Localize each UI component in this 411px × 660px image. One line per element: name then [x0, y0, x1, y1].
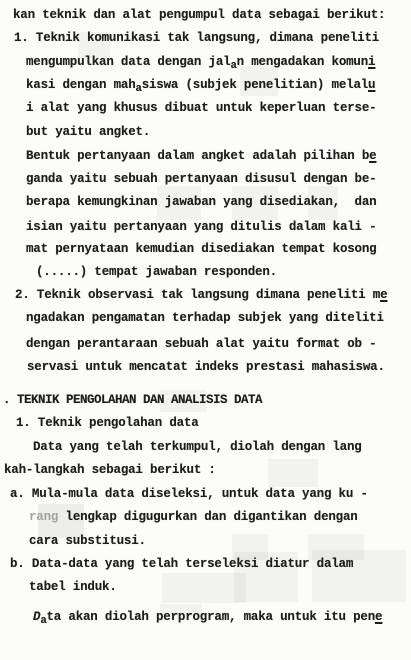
text-segment: siswa (subjek penelitian) melal: [142, 78, 368, 92]
document-line: i alat yang khusus dibuat untuk keperlua…: [26, 101, 376, 115]
text-segment: mengumpulkan data dengan jal: [26, 55, 230, 69]
document-line: servasi untuk mencatat indeks prestasi m…: [27, 360, 385, 374]
section-heading: . TEKNIK PENGOLAHAN DAN ANALISIS DATA: [3, 393, 262, 407]
text-segment: . TEKNIK PENGOLAHAN DAN ANALISIS DATA: [3, 393, 262, 407]
scan-artifact: [162, 573, 246, 603]
document-line: cara substitusi.: [29, 534, 146, 548]
text-segment: e: [380, 288, 387, 302]
text-segment: dengan perantaraan sebuah alat yaitu for…: [26, 337, 376, 351]
text-segment: n mengadakan komun: [237, 55, 368, 69]
text-segment: i alat yang khusus dibuat untuk keperlua…: [26, 101, 376, 115]
text-segment: kan teknik dan alat pengumpul data sebag…: [13, 8, 385, 22]
text-segment: i: [368, 55, 375, 69]
text-segment: 1. Teknik pengolahan data: [16, 416, 199, 430]
document-line: but yaitu angket.: [26, 125, 150, 139]
text-segment: isian yaitu pertanyaan yang ditulis dala…: [26, 220, 376, 234]
text-segment: 2. Teknik observasi tak langsung dimana …: [15, 288, 380, 302]
text-segment: 1. Teknik komunikasi tak langsung, diman…: [14, 31, 379, 45]
text-segment: a: [40, 615, 46, 627]
document-line: ngadakan pengamatan terhadap subjek yang…: [26, 311, 384, 325]
document-line: mengumpulkan data dengan jalan mengadaka…: [26, 55, 375, 70]
text-segment: berapa kemungkinan jawaban yang disediak…: [26, 195, 376, 209]
document-line: b. Data-data yang telah terseleksi diatu…: [10, 557, 353, 571]
document-line: a. Mula-mula data diseleksi, untuk data …: [10, 487, 368, 501]
document-line: tabel induk.: [29, 580, 117, 594]
text-segment: e: [369, 149, 376, 163]
document-line: ganda yaitu sebuah pertanyaan disusul de…: [26, 172, 376, 186]
document-line: rang lengkap digugurkan dan digantikan d…: [29, 510, 358, 524]
text-segment: a. Mula-mula data diseleksi, untuk data …: [10, 487, 368, 501]
document-line: Data akan diolah perprogram, maka untuk …: [33, 610, 382, 625]
document-line: kasi dengan mahasiswa (subjek penelitian…: [26, 78, 375, 93]
document-page: kan teknik dan alat pengumpul data sebag…: [0, 0, 411, 660]
document-line: dengan perantaraan sebuah alat yaitu for…: [26, 337, 376, 351]
text-segment: b. Data-data yang telah terseleksi diatu…: [10, 557, 353, 571]
document-line: 2. Teknik observasi tak langsung dimana …: [15, 288, 387, 302]
document-line: isian yaitu pertanyaan yang ditulis dala…: [26, 220, 376, 234]
document-line: berapa kemungkinan jawaban yang disediak…: [26, 195, 376, 209]
text-segment: Data yang telah terkumpul, diolah dengan…: [33, 440, 362, 454]
document-line: Data yang telah terkumpul, diolah dengan…: [33, 440, 362, 454]
document-line: 1. Teknik pengolahan data: [16, 416, 199, 430]
text-segment: servasi untuk mencatat indeks prestasi m…: [27, 360, 385, 374]
text-segment: a: [136, 83, 142, 95]
text-segment: ganda yaitu sebuah pertanyaan disusul de…: [26, 172, 376, 186]
text-segment: ta akan diolah perprogram, maka untuk it…: [46, 610, 375, 624]
text-segment: u: [368, 78, 375, 92]
text-segment: (.....) tempat jawaban responden.: [36, 265, 277, 279]
text-segment: a: [230, 60, 236, 72]
document-line: (.....) tempat jawaban responden.: [36, 265, 277, 279]
text-segment: cara substitusi.: [29, 534, 146, 548]
text-segment: tabel induk.: [29, 580, 117, 594]
document-line: 1. Teknik komunikasi tak langsung, diman…: [14, 31, 379, 45]
text-segment: kasi dengan mah: [26, 78, 136, 92]
text-segment: mat pernyataan kemudian disediakan tempa…: [26, 242, 376, 256]
text-segment: e: [375, 610, 382, 624]
text-segment: rang: [29, 510, 58, 524]
text-segment: lengkap digugurkan dan digantikan dengan: [58, 510, 357, 524]
text-segment: kah-langkah sebagai berikut :: [4, 463, 216, 477]
document-line: Bentuk pertanyaan dalam angket adalah pi…: [26, 149, 376, 163]
document-line: kah-langkah sebagai berikut :: [4, 463, 216, 477]
document-line: mat pernyataan kemudian disediakan tempa…: [26, 242, 376, 256]
text-segment: but yaitu angket.: [26, 125, 150, 139]
scan-artifact: [268, 459, 318, 487]
text-segment: ngadakan pengamatan terhadap subjek yang…: [26, 311, 384, 325]
text-segment: Bentuk pertanyaan dalam angket adalah pi…: [26, 149, 369, 163]
document-line: kan teknik dan alat pengumpul data sebag…: [13, 8, 385, 22]
